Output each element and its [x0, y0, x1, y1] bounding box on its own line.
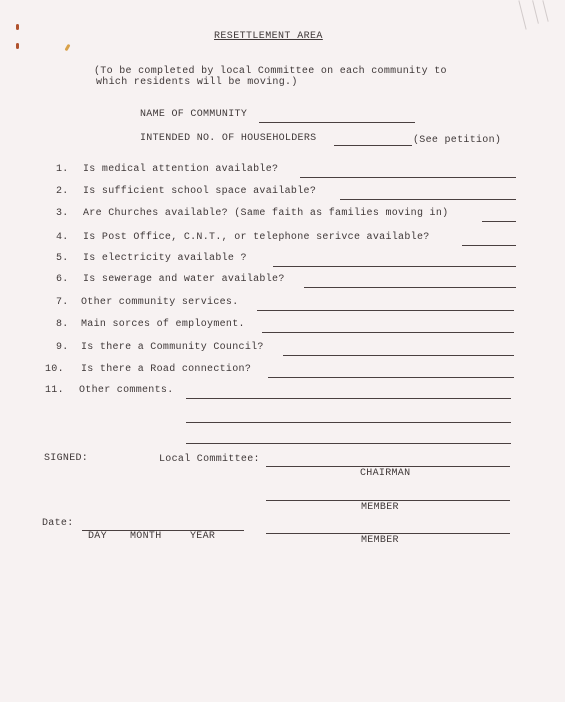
question-text: Is medical attention available?	[83, 164, 278, 175]
answer-line	[482, 221, 516, 222]
answer-line	[304, 287, 516, 288]
answer-line	[268, 377, 514, 378]
answer-input[interactable]	[300, 164, 516, 176]
question-number: 6.	[56, 274, 69, 285]
answer-input[interactable]	[268, 364, 514, 376]
question-text: Other community services.	[81, 297, 239, 308]
scanned-form-page: RESETTLEMENT AREA (To be completed by lo…	[0, 0, 565, 702]
answer-input[interactable]	[462, 232, 516, 244]
date-input[interactable]	[82, 517, 244, 529]
question-number: 9.	[56, 342, 69, 353]
answer-line	[262, 332, 514, 333]
date-label: Date:	[42, 518, 74, 529]
member-2-role-label: MEMBER	[361, 535, 399, 546]
question-number: 5.	[56, 253, 69, 264]
member-1-signature-input[interactable]	[266, 487, 510, 499]
date-month-label: MONTH	[130, 531, 162, 542]
date-day-label: DAY	[88, 531, 107, 542]
fold-mark	[532, 0, 539, 24]
fold-mark	[518, 0, 526, 29]
question-number: 8.	[56, 319, 69, 330]
community-name-label: NAME OF COMMUNITY	[140, 109, 247, 120]
answer-line	[283, 355, 514, 356]
question-text: Is there a Road connection?	[81, 364, 251, 375]
member-2-signature-input[interactable]	[266, 520, 510, 532]
question-number: 1.	[56, 164, 69, 175]
question-number: 10.	[45, 364, 64, 375]
staple-mark	[64, 44, 70, 52]
answer-line	[186, 398, 511, 399]
householders-input[interactable]	[334, 132, 412, 144]
answer-input[interactable]	[340, 186, 516, 198]
answer-line	[273, 266, 516, 267]
chairman-signature-line	[266, 466, 510, 467]
answer-line	[257, 310, 514, 311]
form-title: RESETTLEMENT AREA	[214, 31, 323, 42]
question-text: Is there a Community Council?	[81, 342, 264, 353]
answer-line	[300, 177, 516, 178]
instructions-line-1: (To be completed by local Committee on e…	[94, 66, 447, 77]
fold-mark	[542, 0, 548, 22]
householders-line	[334, 145, 412, 146]
question-number: 3.	[56, 208, 69, 219]
rust-speck	[16, 24, 19, 30]
instructions-line-2: which residents will be moving.)	[96, 77, 298, 88]
answer-input[interactable]	[482, 208, 516, 220]
community-name-input[interactable]	[259, 109, 415, 121]
answer-line	[462, 245, 516, 246]
signed-label: SIGNED:	[44, 453, 88, 464]
answer-input[interactable]	[262, 319, 514, 331]
comments-line-3	[186, 443, 511, 444]
comments-line-2	[186, 422, 511, 423]
question-text: Is sewerage and water available?	[83, 274, 285, 285]
answer-input[interactable]	[273, 253, 516, 265]
answer-input[interactable]	[186, 385, 511, 397]
answer-line	[340, 199, 516, 200]
chairman-role-label: CHAIRMAN	[360, 468, 410, 479]
householders-note: (See petition)	[413, 135, 501, 146]
question-text: Are Churches available? (Same faith as f…	[83, 208, 448, 219]
rust-speck	[16, 43, 19, 49]
question-text: Is electricity available ?	[83, 253, 247, 264]
answer-input[interactable]	[283, 342, 514, 354]
question-text: Main sorces of employment.	[81, 319, 245, 330]
answer-input[interactable]	[257, 297, 514, 309]
chairman-signature-input[interactable]	[266, 453, 510, 465]
member-1-role-label: MEMBER	[361, 502, 399, 513]
date-year-label: YEAR	[190, 531, 215, 542]
answer-input[interactable]	[304, 274, 516, 286]
question-text: Is Post Office, C.N.T., or telephone ser…	[83, 232, 430, 243]
member-2-signature-line	[266, 533, 510, 534]
member-1-signature-line	[266, 500, 510, 501]
local-committee-label: Local Committee:	[159, 454, 260, 465]
question-number: 11.	[45, 385, 64, 396]
question-number: 4.	[56, 232, 69, 243]
question-text: Is sufficient school space available?	[83, 186, 316, 197]
householders-label: INTENDED NO. OF HOUSEHOLDERS	[140, 133, 316, 144]
community-name-line	[259, 122, 415, 123]
question-number: 2.	[56, 186, 69, 197]
question-text: Other comments.	[79, 385, 174, 396]
question-number: 7.	[56, 297, 69, 308]
